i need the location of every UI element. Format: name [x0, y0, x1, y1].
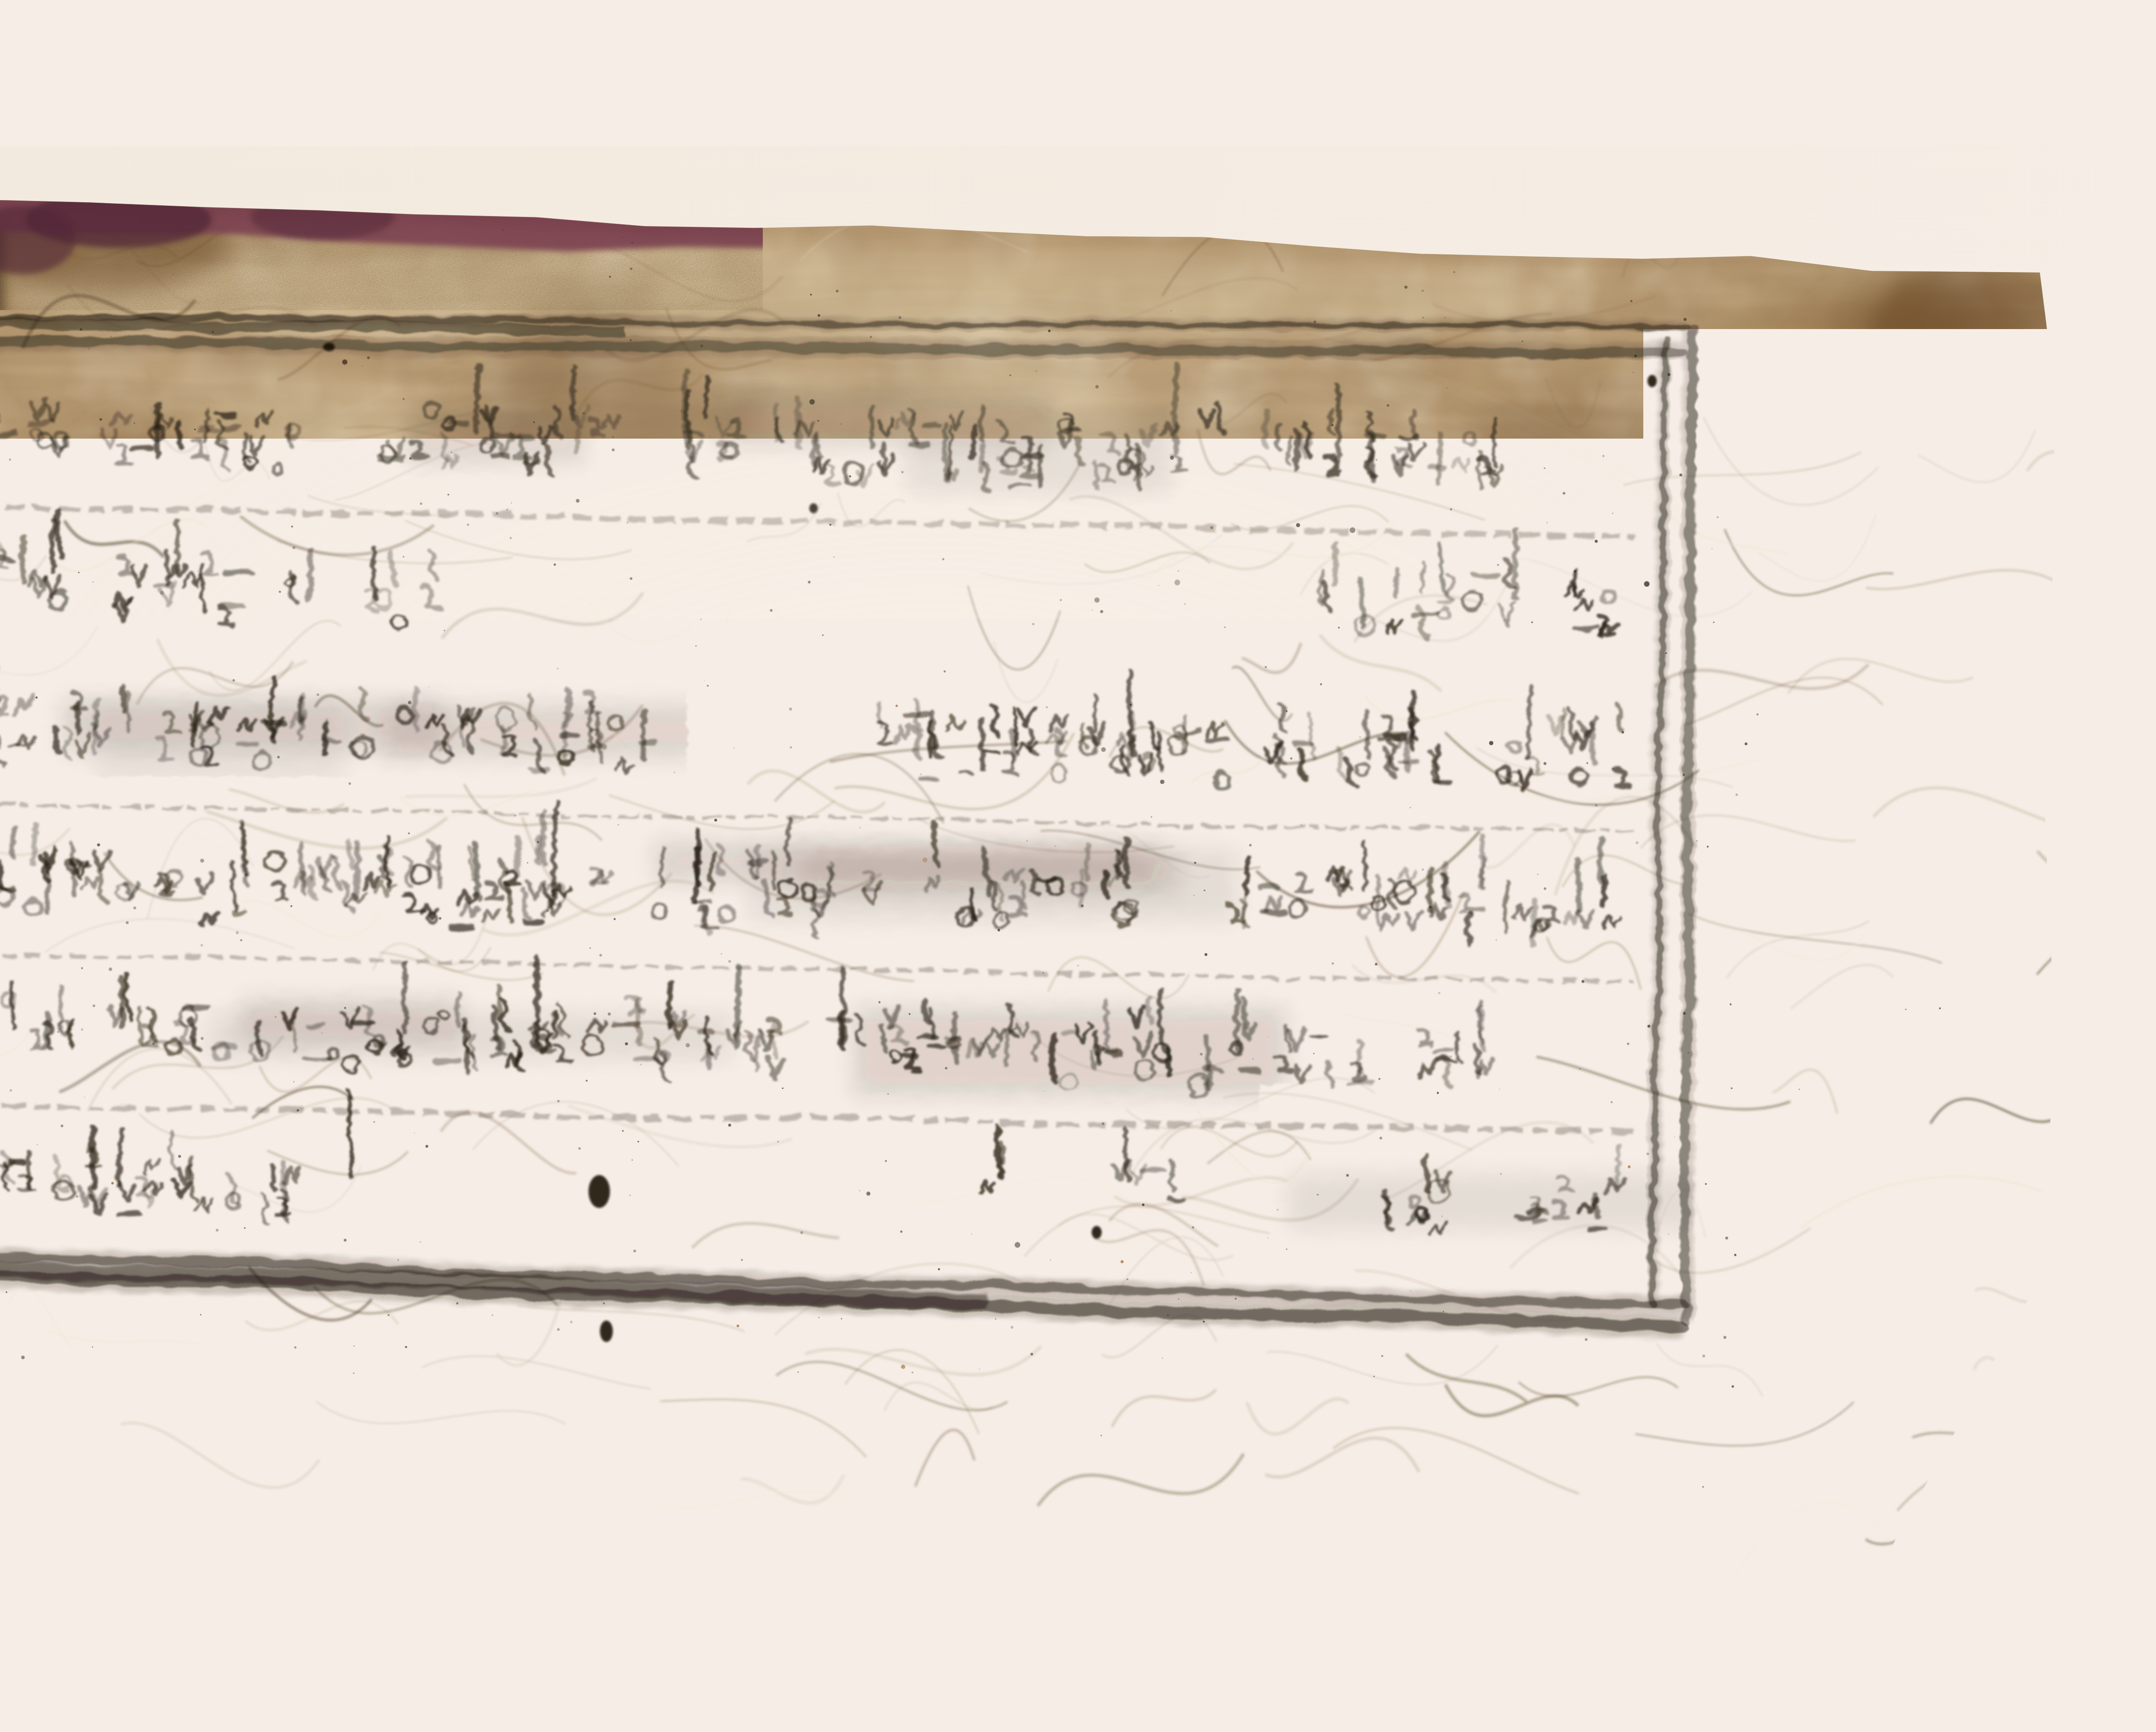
manuscript-leaf	[0, 0, 2156, 1732]
manuscript-photo: Photograph of a torn rectangular leaf of…	[0, 0, 2156, 1732]
paper-sheet	[0, 146, 2156, 1591]
light-glow	[0, 290, 1899, 1437]
right-margin-smudge	[1959, 720, 1968, 1207]
